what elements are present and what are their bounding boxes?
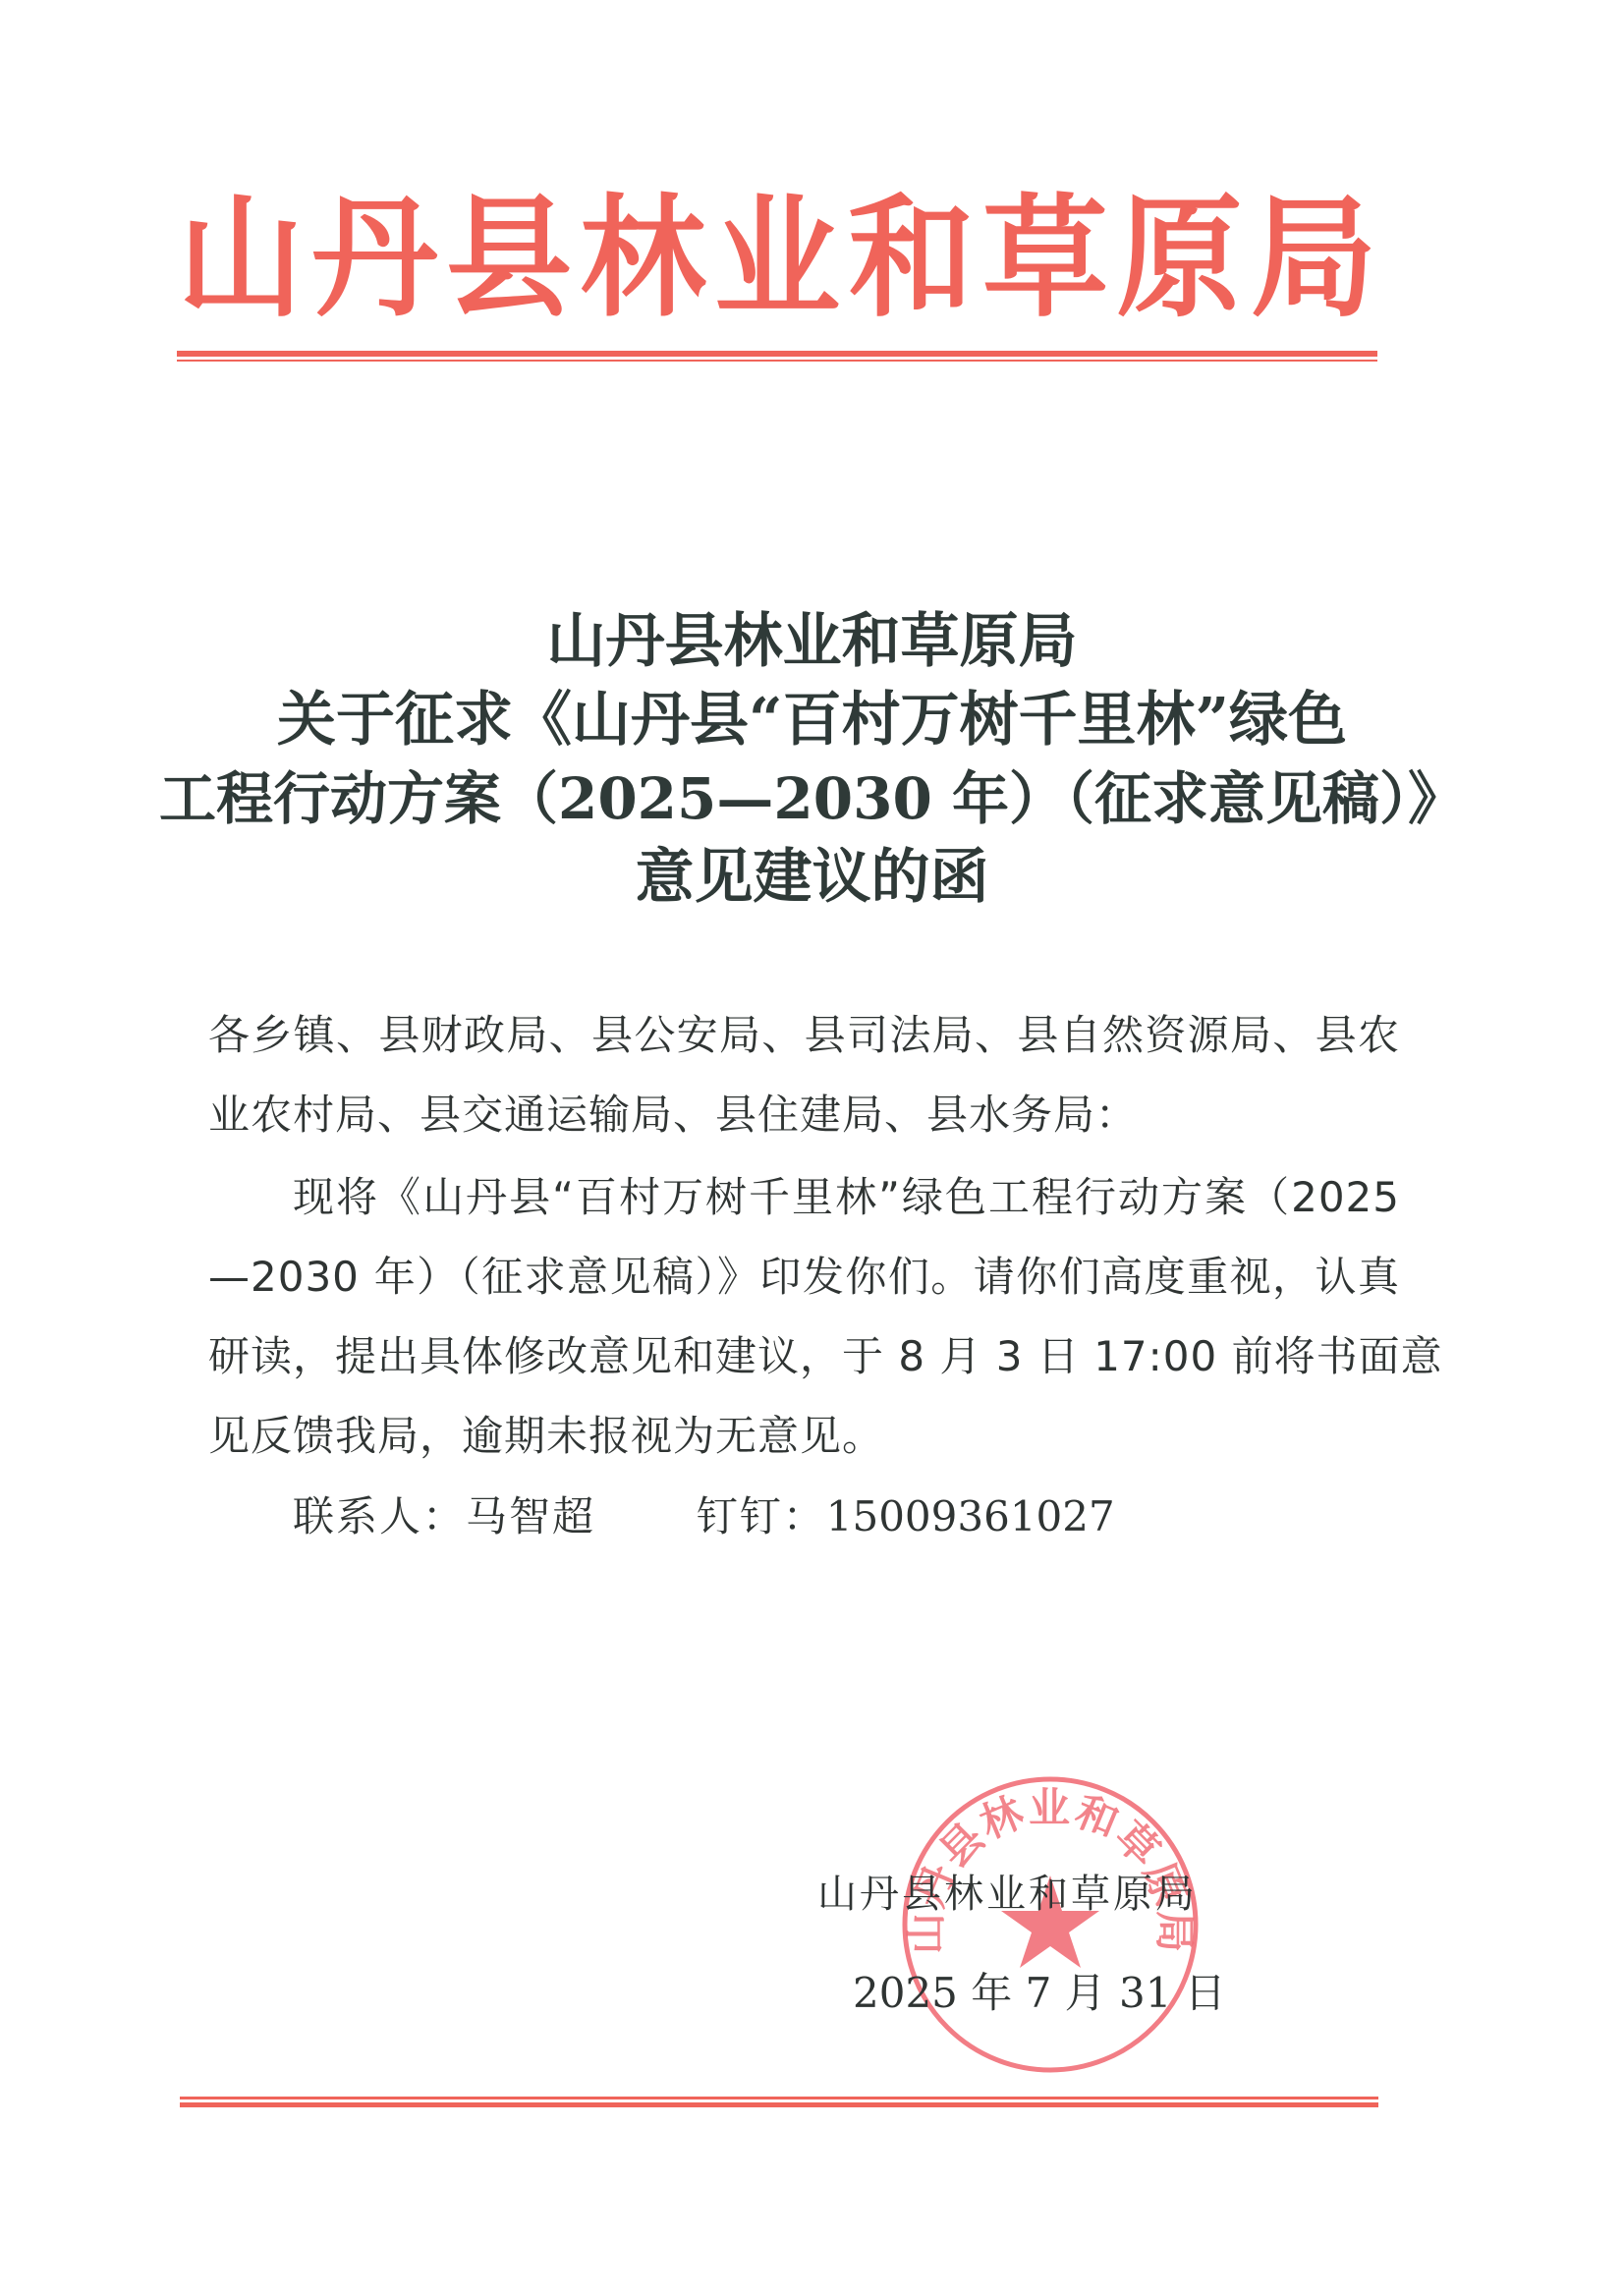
masthead-char: 林: [580, 181, 707, 336]
paragraph-line-2: —2030 年）（征求意见稿）》印发你们。请你们高度重视，认真: [208, 1248, 1400, 1307]
document-title-line-4: 意见建议的函: [147, 838, 1477, 917]
masthead-char: 草: [981, 181, 1109, 336]
masthead-char: 丹: [311, 181, 439, 336]
official-seal-stamp: 山丹县林业和草原局: [900, 1774, 1201, 2075]
signature-organization: 山丹县林业和草原局: [817, 1870, 1198, 1919]
masthead-rule-thin: [177, 360, 1377, 362]
paragraph-line-1: 现将《山丹县“百村万树千里林”绿色工程行动方案（2025: [293, 1168, 1400, 1227]
masthead-char: 原: [1116, 181, 1244, 336]
contact-line: 联系人：马智超 钉钉：15009361027: [293, 1487, 1115, 1546]
addressee-line-2: 业农村局、县交通运输局、县住建局、县水务局：: [208, 1086, 1400, 1145]
contact-person-label: 联系人：: [293, 1492, 466, 1540]
masthead-char: 山: [177, 181, 305, 336]
addressee-line-1: 各乡镇、县财政局、县公安局、县司法局、县自然资源局、县农: [208, 1006, 1400, 1065]
signature-date: 2025 年 7 月 31 日: [853, 1969, 1226, 2018]
document-title-line-1: 山丹县林业和草原局: [147, 602, 1477, 681]
masthead-title: 山 丹 县 林 业 和 草 原 局: [177, 181, 1377, 336]
masthead-char: 县: [445, 181, 573, 336]
footer-rule-thick: [180, 2102, 1378, 2107]
masthead-char: 业: [713, 181, 841, 336]
footer-rule-thin: [180, 2097, 1378, 2099]
paragraph-line-3: 研读，提出具体修改意见和建议，于 8 月 3 日 17:00 前将书面意: [208, 1327, 1400, 1386]
masthead-rule-thick: [177, 351, 1377, 357]
document-title-line-3: 工程行动方案（2025—2030 年）（征求意见稿）》: [147, 759, 1477, 838]
dingtalk-label: 钉钉：: [697, 1492, 826, 1540]
document-title-line-2: 关于征求《山丹县“百村万树千里林”绿色: [147, 681, 1477, 759]
paragraph-line-4: 见反馈我局，逾期未报视为无意见。: [208, 1407, 1400, 1466]
dingtalk-number: 15009361027: [826, 1492, 1115, 1540]
masthead-char: 局: [1250, 181, 1377, 336]
masthead-char: 和: [848, 181, 976, 336]
contact-person-name: 马智超: [466, 1492, 595, 1540]
